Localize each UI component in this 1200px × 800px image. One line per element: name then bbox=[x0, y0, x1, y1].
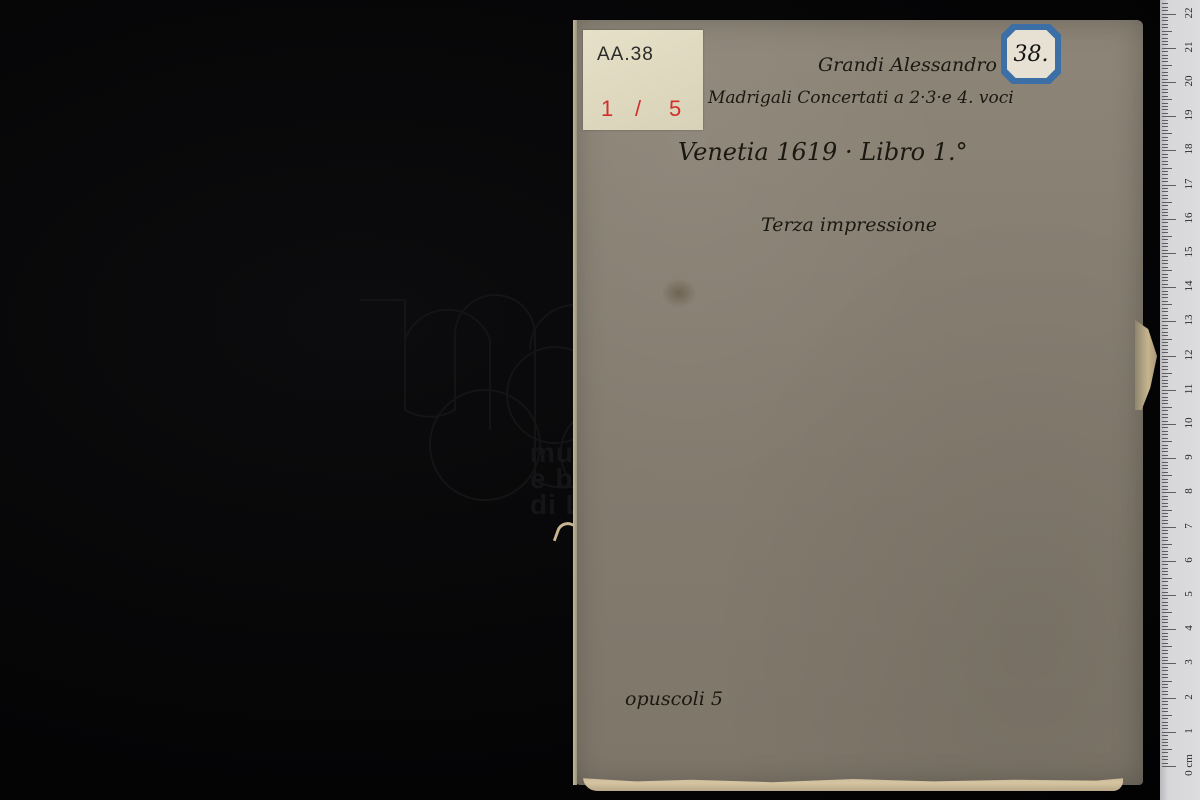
ruler-tick bbox=[1162, 715, 1172, 716]
ruler-tick bbox=[1162, 386, 1168, 387]
ruler-tick bbox=[1162, 345, 1168, 346]
booklet-bottom-edge bbox=[583, 775, 1123, 791]
ruler-tick bbox=[1162, 34, 1168, 35]
ruler-tick bbox=[1162, 144, 1168, 145]
ruler-tick bbox=[1162, 109, 1168, 110]
ruler-tick bbox=[1162, 311, 1168, 312]
ruler-tick bbox=[1162, 246, 1168, 247]
ruler-tick bbox=[1162, 55, 1168, 56]
ruler-number: 19 bbox=[1183, 104, 1195, 126]
ruler-tick bbox=[1162, 85, 1168, 86]
ruler-tick bbox=[1162, 14, 1176, 15]
ruler-tick bbox=[1162, 161, 1168, 162]
ruler-tick bbox=[1162, 260, 1168, 261]
ruler-tick bbox=[1162, 17, 1168, 18]
ruler-tick bbox=[1162, 376, 1168, 377]
ruler-tick bbox=[1162, 44, 1168, 45]
ruler-tick bbox=[1162, 687, 1168, 688]
ruler-tick bbox=[1162, 393, 1168, 394]
ruler-tick bbox=[1162, 212, 1168, 213]
ruler-tick bbox=[1162, 722, 1168, 723]
ruler-tick bbox=[1162, 684, 1168, 685]
ruler-tick bbox=[1162, 766, 1176, 767]
ruler-tick bbox=[1162, 342, 1168, 343]
ruler-tick bbox=[1162, 120, 1168, 121]
ruler-tick bbox=[1162, 561, 1176, 562]
ruler-tick bbox=[1162, 533, 1168, 534]
ruler-tick bbox=[1162, 506, 1168, 507]
ruler-tick bbox=[1162, 397, 1168, 398]
ruler-number: 9 bbox=[1183, 446, 1195, 468]
ruler-tick bbox=[1162, 239, 1168, 240]
ruler-tick bbox=[1162, 287, 1176, 288]
ruler-tick bbox=[1162, 304, 1172, 305]
ruler-tick bbox=[1162, 626, 1168, 627]
ruler-tick bbox=[1162, 421, 1168, 422]
ruler-tick bbox=[1162, 629, 1176, 630]
shelf-label: AA.38 1 / 5 bbox=[583, 30, 703, 130]
ruler-number: 14 bbox=[1183, 275, 1195, 297]
ruler-tick bbox=[1162, 581, 1168, 582]
measuring-ruler: 0 cm12345678910111213141516171819202122 bbox=[1160, 0, 1200, 800]
ruler-tick bbox=[1162, 315, 1168, 316]
ruler-tick bbox=[1162, 475, 1172, 476]
ruler-tick bbox=[1162, 598, 1168, 599]
ruler-tick bbox=[1162, 243, 1168, 244]
ruler-tick bbox=[1162, 417, 1168, 418]
ruler-tick bbox=[1162, 698, 1176, 699]
ruler-tick bbox=[1162, 373, 1172, 374]
ruler-tick bbox=[1162, 752, 1168, 753]
ruler-tick bbox=[1162, 725, 1168, 726]
ruler-tick bbox=[1162, 622, 1168, 623]
ruler-tick bbox=[1162, 691, 1168, 692]
ruler-tick bbox=[1162, 503, 1168, 504]
title-inscription: Madrigali Concertati a 2·3·e 4. voci bbox=[708, 88, 1014, 108]
edition-inscription: Terza impressione bbox=[761, 214, 937, 236]
ruler-tick bbox=[1162, 612, 1172, 613]
imprint-inscription: Venetia 1619 · Libro 1.° bbox=[678, 138, 968, 166]
ruler-tick bbox=[1162, 51, 1168, 52]
ruler-tick bbox=[1162, 605, 1168, 606]
ruler-tick bbox=[1162, 270, 1172, 271]
ruler-tick bbox=[1162, 438, 1168, 439]
ruler-tick bbox=[1162, 116, 1176, 117]
ruler-tick bbox=[1162, 188, 1168, 189]
ruler-tick bbox=[1162, 718, 1168, 719]
ruler-tick bbox=[1162, 708, 1168, 709]
ruler-tick bbox=[1162, 510, 1172, 511]
ruler-tick bbox=[1162, 335, 1168, 336]
ruler-tick bbox=[1162, 462, 1168, 463]
ruler-tick bbox=[1162, 728, 1168, 729]
ruler-tick bbox=[1162, 403, 1168, 404]
ruler-tick bbox=[1162, 619, 1168, 620]
ruler-tick bbox=[1162, 578, 1172, 579]
ruler-tick bbox=[1162, 390, 1176, 391]
ruler-tick bbox=[1162, 332, 1168, 333]
ruler-tick bbox=[1162, 191, 1168, 192]
ruler-tick bbox=[1162, 694, 1168, 695]
ruler-tick bbox=[1162, 232, 1168, 233]
ruler-tick bbox=[1162, 759, 1168, 760]
ruler-tick bbox=[1162, 564, 1168, 565]
ruler-tick bbox=[1162, 496, 1168, 497]
ruler-tick bbox=[1162, 513, 1168, 514]
shelf-code: AA.38 bbox=[597, 44, 654, 66]
ruler-tick bbox=[1162, 735, 1168, 736]
ruler-tick bbox=[1162, 516, 1168, 517]
ruler-tick bbox=[1162, 339, 1172, 340]
ruler-tick bbox=[1162, 540, 1168, 541]
ruler-tick bbox=[1162, 646, 1172, 647]
ruler-tick bbox=[1162, 711, 1168, 712]
ruler-tick bbox=[1162, 701, 1168, 702]
ruler-tick bbox=[1162, 171, 1168, 172]
ruler-tick bbox=[1162, 92, 1168, 93]
ruler-tick bbox=[1162, 168, 1172, 169]
ruler-tick bbox=[1162, 650, 1168, 651]
ruler-tick bbox=[1162, 65, 1172, 66]
ruler-tick bbox=[1162, 465, 1168, 466]
ruler-tick bbox=[1162, 667, 1168, 668]
ruler-tick bbox=[1162, 639, 1168, 640]
ruler-tick bbox=[1162, 20, 1168, 21]
booklet-torn-edge bbox=[1135, 320, 1157, 410]
ruler-tick bbox=[1162, 732, 1176, 733]
ruler-tick bbox=[1162, 568, 1168, 569]
ruler-tick bbox=[1162, 451, 1168, 452]
ruler-tick bbox=[1162, 133, 1172, 134]
ruler-tick bbox=[1162, 24, 1168, 25]
ruler-tick bbox=[1162, 174, 1168, 175]
ruler-number: 5 bbox=[1183, 583, 1195, 605]
ruler-tick bbox=[1162, 636, 1168, 637]
ruler-tick bbox=[1162, 520, 1168, 521]
ruler-tick bbox=[1162, 602, 1168, 603]
ruler-number: 20 bbox=[1183, 70, 1195, 92]
ruler-tick bbox=[1162, 164, 1168, 165]
ruler-tick bbox=[1162, 308, 1168, 309]
ruler-tick bbox=[1162, 380, 1168, 381]
ruler-tick bbox=[1162, 96, 1168, 97]
ruler-tick bbox=[1162, 321, 1176, 322]
ruler-number: 0 cm bbox=[1183, 754, 1195, 776]
ruler-tick bbox=[1162, 458, 1176, 459]
collection-inscription: opuscoli 5 bbox=[625, 688, 723, 710]
ruler-tick bbox=[1162, 195, 1168, 196]
ruler-tick bbox=[1162, 670, 1168, 671]
number-tag-text: 38. bbox=[1007, 30, 1055, 78]
ruler-tick bbox=[1162, 185, 1176, 186]
ruler-tick bbox=[1162, 383, 1168, 384]
ruler-number: 7 bbox=[1183, 515, 1195, 537]
ruler-tick bbox=[1162, 410, 1168, 411]
ruler-number: 15 bbox=[1183, 241, 1195, 263]
ruler-tick bbox=[1162, 178, 1168, 179]
ruler-tick bbox=[1162, 739, 1168, 740]
ruler-tick bbox=[1162, 10, 1168, 11]
ruler-tick bbox=[1162, 352, 1168, 353]
ruler-tick bbox=[1162, 571, 1168, 572]
ruler-tick bbox=[1162, 547, 1168, 548]
ruler-tick bbox=[1162, 294, 1168, 295]
ruler-tick bbox=[1162, 427, 1168, 428]
ruler-tick bbox=[1162, 369, 1168, 370]
ruler-tick bbox=[1162, 147, 1168, 148]
paper-stain bbox=[661, 278, 697, 308]
ruler-tick bbox=[1162, 301, 1168, 302]
ruler-tick bbox=[1162, 677, 1168, 678]
ruler-tick bbox=[1162, 38, 1168, 39]
booklet-cover: AA.38 1 / 5 38. Grandi Alessandro Madrig… bbox=[573, 20, 1143, 785]
ruler-number: 4 bbox=[1183, 617, 1195, 639]
ruler-tick bbox=[1162, 472, 1168, 473]
ruler-number: 10 bbox=[1183, 412, 1195, 434]
shelf-fraction-right: 5 bbox=[669, 96, 681, 122]
ruler-tick bbox=[1162, 106, 1168, 107]
ruler-tick bbox=[1162, 202, 1172, 203]
ruler-tick bbox=[1162, 61, 1168, 62]
ruler-tick bbox=[1162, 140, 1168, 141]
ruler-number: 18 bbox=[1183, 138, 1195, 160]
ruler-number: 17 bbox=[1183, 173, 1195, 195]
ruler-number: 6 bbox=[1183, 549, 1195, 571]
ruler-tick bbox=[1162, 181, 1168, 182]
ruler-tick bbox=[1162, 284, 1168, 285]
ruler-tick bbox=[1162, 492, 1176, 493]
ruler-tick bbox=[1162, 674, 1168, 675]
ruler-number: 1 bbox=[1183, 720, 1195, 742]
ruler-tick bbox=[1162, 150, 1176, 151]
ruler-tick bbox=[1162, 154, 1168, 155]
ruler-tick bbox=[1162, 366, 1168, 367]
ruler-tick bbox=[1162, 745, 1168, 746]
ruler-tick bbox=[1162, 557, 1168, 558]
ruler-tick bbox=[1162, 414, 1168, 415]
ruler-number: 13 bbox=[1183, 309, 1195, 331]
ruler-tick bbox=[1162, 137, 1168, 138]
ruler-tick bbox=[1162, 448, 1168, 449]
ruler-tick bbox=[1162, 236, 1172, 237]
ruler-tick bbox=[1162, 198, 1168, 199]
ruler-tick bbox=[1162, 588, 1168, 589]
ruler-tick bbox=[1162, 489, 1168, 490]
ruler-tick bbox=[1162, 660, 1168, 661]
number-tag: 38. bbox=[1001, 24, 1061, 84]
ruler-tick bbox=[1162, 31, 1172, 32]
photo-scene: mus e bi di L AA.38 1 / 5 38. Grandi Ale… bbox=[0, 0, 1200, 800]
ruler-tick bbox=[1162, 256, 1168, 257]
ruler-tick bbox=[1162, 280, 1168, 281]
ruler-tick bbox=[1162, 609, 1168, 610]
ruler-tick bbox=[1162, 704, 1168, 705]
ruler-tick bbox=[1162, 486, 1168, 487]
ruler-tick bbox=[1162, 356, 1176, 357]
ruler-tick bbox=[1162, 468, 1168, 469]
ruler-tick bbox=[1162, 445, 1168, 446]
ruler-tick bbox=[1162, 663, 1176, 664]
ruler-tick bbox=[1162, 407, 1172, 408]
ruler-tick bbox=[1162, 267, 1168, 268]
ruler-tick bbox=[1162, 479, 1168, 480]
ruler-tick bbox=[1162, 359, 1168, 360]
ruler-tick bbox=[1162, 653, 1168, 654]
ruler-tick bbox=[1162, 633, 1168, 634]
ruler-tick bbox=[1162, 99, 1172, 100]
ruler-tick bbox=[1162, 250, 1168, 251]
ruler-tick bbox=[1162, 537, 1168, 538]
ruler-tick bbox=[1162, 123, 1168, 124]
ruler-tick bbox=[1162, 3, 1168, 4]
ruler-tick bbox=[1162, 75, 1168, 76]
ruler-tick bbox=[1162, 157, 1168, 158]
ruler-tick bbox=[1162, 41, 1168, 42]
ruler-tick bbox=[1162, 530, 1168, 531]
ruler-number: 16 bbox=[1183, 207, 1195, 229]
ruler-tick bbox=[1162, 79, 1168, 80]
ruler-tick bbox=[1162, 48, 1176, 49]
ruler-number: 8 bbox=[1183, 480, 1195, 502]
ruler-tick bbox=[1162, 126, 1168, 127]
ruler-tick bbox=[1162, 27, 1168, 28]
ruler-tick bbox=[1162, 58, 1168, 59]
ruler-tick bbox=[1162, 297, 1168, 298]
ruler-tick bbox=[1162, 643, 1168, 644]
ruler-tick bbox=[1162, 253, 1176, 254]
ruler-tick bbox=[1162, 527, 1176, 528]
ruler-tick bbox=[1162, 616, 1168, 617]
ruler-tick bbox=[1162, 130, 1168, 131]
ruler-tick bbox=[1162, 103, 1168, 104]
ruler-tick bbox=[1162, 424, 1176, 425]
shelf-fraction-left: 1 bbox=[601, 96, 613, 122]
ruler-tick bbox=[1162, 431, 1168, 432]
ruler-tick bbox=[1162, 681, 1172, 682]
ruler-tick bbox=[1162, 482, 1168, 483]
ruler-tick bbox=[1162, 657, 1168, 658]
ruler-tick bbox=[1162, 554, 1168, 555]
ruler-tick bbox=[1162, 574, 1168, 575]
ruler-number: 11 bbox=[1183, 378, 1195, 400]
ruler-tick bbox=[1162, 592, 1168, 593]
ruler-tick bbox=[1162, 318, 1168, 319]
ruler-tick bbox=[1162, 7, 1168, 8]
author-inscription: Grandi Alessandro bbox=[818, 54, 997, 76]
ruler-tick bbox=[1162, 72, 1168, 73]
ruler-tick bbox=[1162, 82, 1176, 83]
ruler-tick bbox=[1162, 229, 1168, 230]
ruler-tick bbox=[1162, 205, 1168, 206]
ruler-number: 22 bbox=[1183, 2, 1195, 24]
ruler-tick bbox=[1162, 328, 1168, 329]
shelf-fraction-slash: / bbox=[635, 96, 641, 122]
ruler-tick bbox=[1162, 551, 1168, 552]
ruler-tick bbox=[1162, 219, 1176, 220]
ruler-tick bbox=[1162, 499, 1168, 500]
ruler-tick bbox=[1162, 585, 1168, 586]
ruler-tick bbox=[1162, 222, 1168, 223]
ruler-number: 21 bbox=[1183, 36, 1195, 58]
ruler-tick bbox=[1162, 544, 1172, 545]
ruler-tick bbox=[1162, 434, 1168, 435]
ruler-tick bbox=[1162, 113, 1168, 114]
ruler-tick bbox=[1162, 215, 1168, 216]
ruler-tick bbox=[1162, 441, 1172, 442]
ruler-tick bbox=[1162, 263, 1168, 264]
ruler-tick bbox=[1162, 362, 1168, 363]
ruler-number: 3 bbox=[1183, 651, 1195, 673]
ruler-tick bbox=[1162, 749, 1172, 750]
ruler-tick bbox=[1162, 209, 1168, 210]
ruler-number: 12 bbox=[1183, 344, 1195, 366]
ruler-tick bbox=[1162, 68, 1168, 69]
ruler-tick bbox=[1162, 89, 1168, 90]
ruler-tick bbox=[1162, 291, 1168, 292]
ruler-tick bbox=[1162, 756, 1168, 757]
ruler-tick bbox=[1162, 274, 1168, 275]
ruler-tick bbox=[1162, 400, 1168, 401]
ruler-tick bbox=[1162, 277, 1168, 278]
ruler-tick bbox=[1162, 523, 1168, 524]
ruler-tick bbox=[1162, 325, 1168, 326]
ruler-number: 2 bbox=[1183, 686, 1195, 708]
ruler-tick bbox=[1162, 742, 1168, 743]
ruler-tick bbox=[1162, 595, 1176, 596]
ruler-tick bbox=[1162, 226, 1168, 227]
ruler-tick bbox=[1162, 455, 1168, 456]
ruler-tick bbox=[1162, 763, 1168, 764]
ruler-tick bbox=[1162, 349, 1168, 350]
